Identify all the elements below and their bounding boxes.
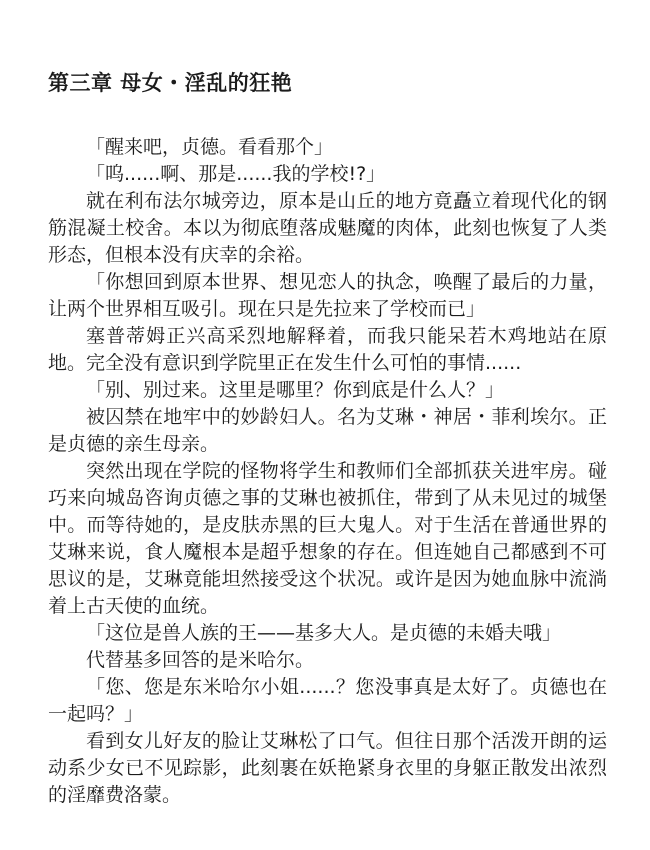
- paragraph: 看到女儿好友的脸让艾琳松了口气。但往日那个活泼开朗的运动系少女已不见踪影，此刻裹…: [48, 728, 607, 809]
- paragraph: 被囚禁在地牢中的妙龄妇人。名为艾琳・神居・菲利埃尔。正是贞德的亲生母亲。: [48, 404, 607, 458]
- page-content: 第三章 母女・淫乱的狂艳 「醒来吧，贞德。看看那个」 「呜......啊、那是.…: [48, 71, 607, 809]
- chapter-title: 第三章 母女・淫乱的狂艳: [48, 71, 607, 95]
- paragraph: 「别、别过来。这里是哪里？你到底是什么人？」: [48, 377, 607, 404]
- paragraph: 突然出现在学院的怪物将学生和教师们全部抓获关进牢房。碰巧来向城岛咨询贞德之事的艾…: [48, 458, 607, 620]
- paragraph: 就在利布法尔城旁边，原本是山丘的地方竟矗立着现代化的钢筋混凝土校舍。本以为彻底堕…: [48, 188, 607, 269]
- paragraph: 「你想回到原本世界、想见恋人的执念，唤醒了最后的力量，让两个世界相互吸引。现在只…: [48, 269, 607, 323]
- paragraph: 「您、您是东米哈尔小姐......？您没事真是太好了。贞德也在一起吗？」: [48, 674, 607, 728]
- paragraph: 「醒来吧，贞德。看看那个」: [48, 134, 607, 161]
- reader-page: 第三章 母女・淫乱的狂艳 「醒来吧，贞德。看看那个」 「呜......啊、那是.…: [0, 0, 650, 850]
- paragraph: 「这位是兽人族的王——基多大人。是贞德的未婚夫哦」: [48, 620, 607, 647]
- paragraph: 塞普蒂姆正兴高采烈地解释着，而我只能呆若木鸡地站在原地。完全没有意识到学院里正在…: [48, 323, 607, 377]
- paragraph: 「呜......啊、那是......我的学校!?」: [48, 161, 607, 188]
- paragraph: 代替基多回答的是米哈尔。: [48, 647, 607, 674]
